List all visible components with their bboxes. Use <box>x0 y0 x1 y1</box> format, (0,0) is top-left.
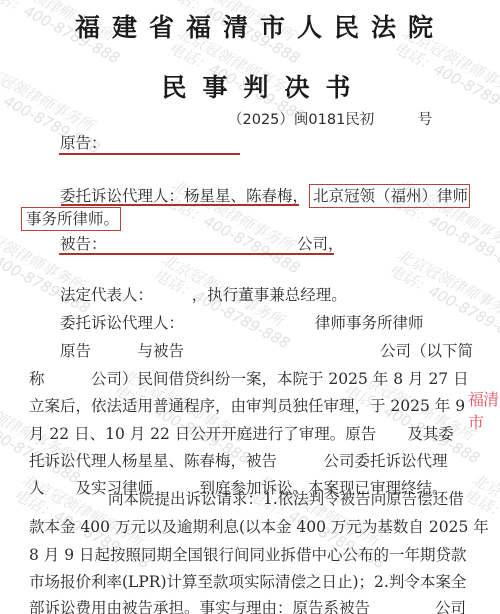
case-number: （2025）闽0181民初 号 <box>228 110 432 130</box>
body-line: 月 22 日、10 月 22 日公开开庭进行了审理。原告 及其委 <box>29 424 454 444</box>
defendant-suffix: 公司， <box>297 234 344 254</box>
body-line: 向本院提出诉讼请求：1.依法判令被告向原告偿还借 <box>108 489 464 509</box>
document-type: 民事判决书 <box>0 68 500 104</box>
defendant-underline <box>59 253 334 255</box>
body-line: 款本金 400 万元以及逾期利息(以本金 400 万元为基数自 2025 年 <box>29 517 489 537</box>
defendant-agent-label: 委托诉讼代理人： <box>60 313 184 333</box>
body-line: 部诉讼费用由被告承担。事实与理由：原告系被告 <box>29 598 370 614</box>
body-line: 托诉讼代理人杨星星、陈春梅，被告 公司委托诉讼代理 <box>29 451 448 471</box>
body-line: 公司（以下简 <box>380 341 473 361</box>
body-line: 称 公司）民间借贷纠纷一案，本院于 2025 年 8 月 27 日 <box>29 369 469 389</box>
plaintiff-agent-firm-2: 事务所律师。 <box>26 209 119 229</box>
body-line: 市场报价利率(LPR)计算至款项实际清偿之日止)；2.判令本案全 <box>29 572 466 592</box>
defendant-agent-firm: 律师事务所律师 <box>315 313 424 333</box>
court-seal-fragment: 福清市 <box>468 387 500 433</box>
plaintiff-agent-underline <box>61 204 299 206</box>
body-line: 立案后，依法适用普通程序，由审判员独任审理，于 2025 年 9 <box>29 396 465 416</box>
defendant-label: 被告： <box>60 234 107 254</box>
plaintiff-label: 原告： <box>60 133 107 153</box>
court-name: 福建省福清市人民法院 <box>0 8 500 44</box>
legal-representative: 法定代表人： ，执行董事兼总经理。 <box>60 285 347 305</box>
body-line: 8 月 9 日起按照同期全国银行间同业拆借中心公布的一年期贷款 <box>29 545 467 565</box>
plaintiff-agent: 委托诉讼代理人：杨星星、陈春梅， <box>60 186 308 206</box>
body-line: 原告 与被告 <box>60 341 184 361</box>
plaintiff-agent-firm-1: 北京冠领（福州）律师 <box>313 186 468 206</box>
plaintiff-underline <box>59 153 240 155</box>
body-line: 公司 <box>435 598 466 614</box>
